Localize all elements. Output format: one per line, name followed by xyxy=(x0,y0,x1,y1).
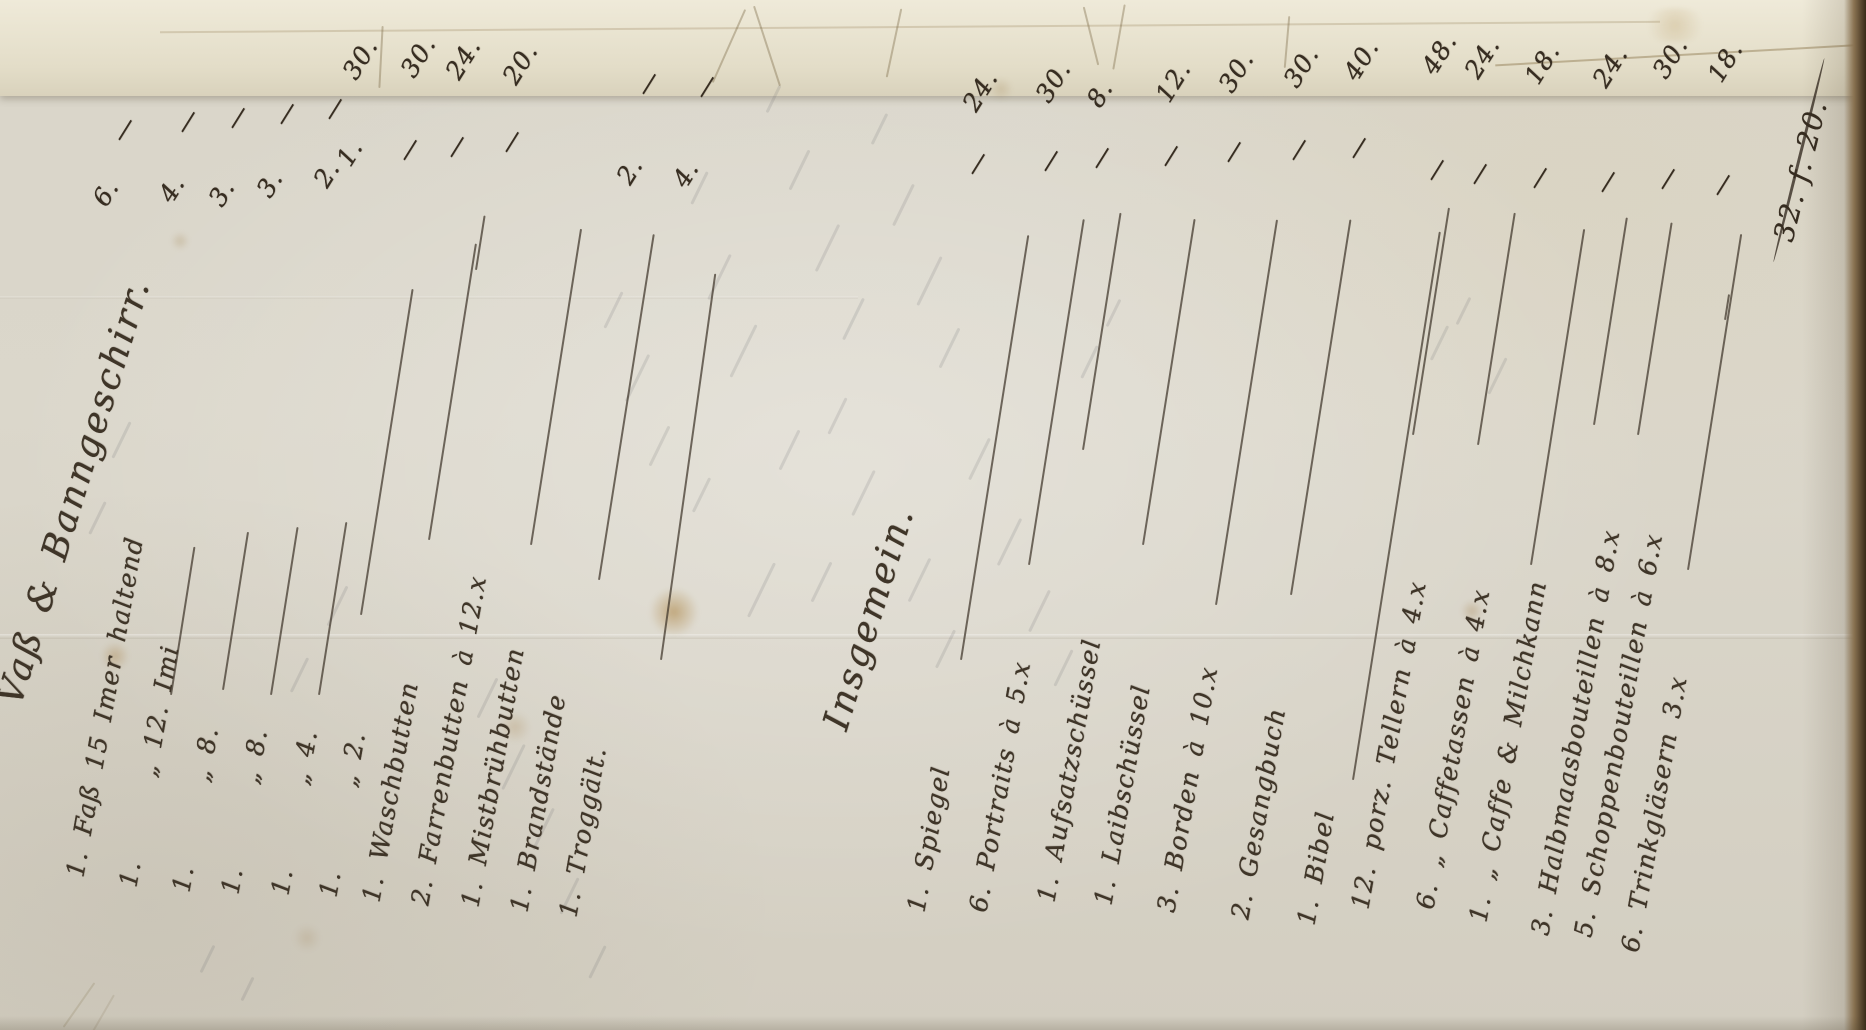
item-qty: 1. xyxy=(265,866,298,897)
item-qty: 1. xyxy=(356,873,389,904)
item-qty: 1. xyxy=(113,858,146,889)
item-qty: 2. xyxy=(405,876,438,907)
item-qty: 1. xyxy=(901,883,934,914)
stain xyxy=(648,588,700,636)
item-qty: 5. xyxy=(1568,908,1601,939)
item-qty: 1. xyxy=(1291,896,1324,927)
manuscript-photo: Vaß & Banngeschirr. 1.Faß 15 Imer halten… xyxy=(0,0,1866,1030)
page-gutter xyxy=(1844,0,1866,1030)
item-qty: 1. xyxy=(1088,876,1121,907)
item-qty: 6. xyxy=(1410,880,1443,911)
stain xyxy=(170,232,190,250)
item-qty: 1. xyxy=(166,863,199,894)
item-qty: 6. xyxy=(963,883,996,914)
item-qty: 1. xyxy=(60,848,93,879)
item-qty: 1. xyxy=(313,868,346,899)
item-qty: 6. xyxy=(1615,923,1648,954)
item-qty: 1. xyxy=(553,888,586,919)
item-qty: 2. xyxy=(1225,890,1258,921)
item-qty: 1. xyxy=(1463,893,1496,924)
item-qty: 12. xyxy=(1345,863,1381,912)
bottom-edge-shadow xyxy=(0,1016,1866,1030)
item-qty: 1. xyxy=(455,878,488,909)
item-qty: 1. xyxy=(215,865,248,896)
item-qty: 3. xyxy=(1525,906,1558,937)
stain xyxy=(292,925,322,951)
top-page-edge xyxy=(0,0,1866,96)
item-qty: 1. xyxy=(1031,873,1064,904)
item-qty: 3. xyxy=(1151,883,1184,914)
item-qty: 1. xyxy=(504,883,537,914)
